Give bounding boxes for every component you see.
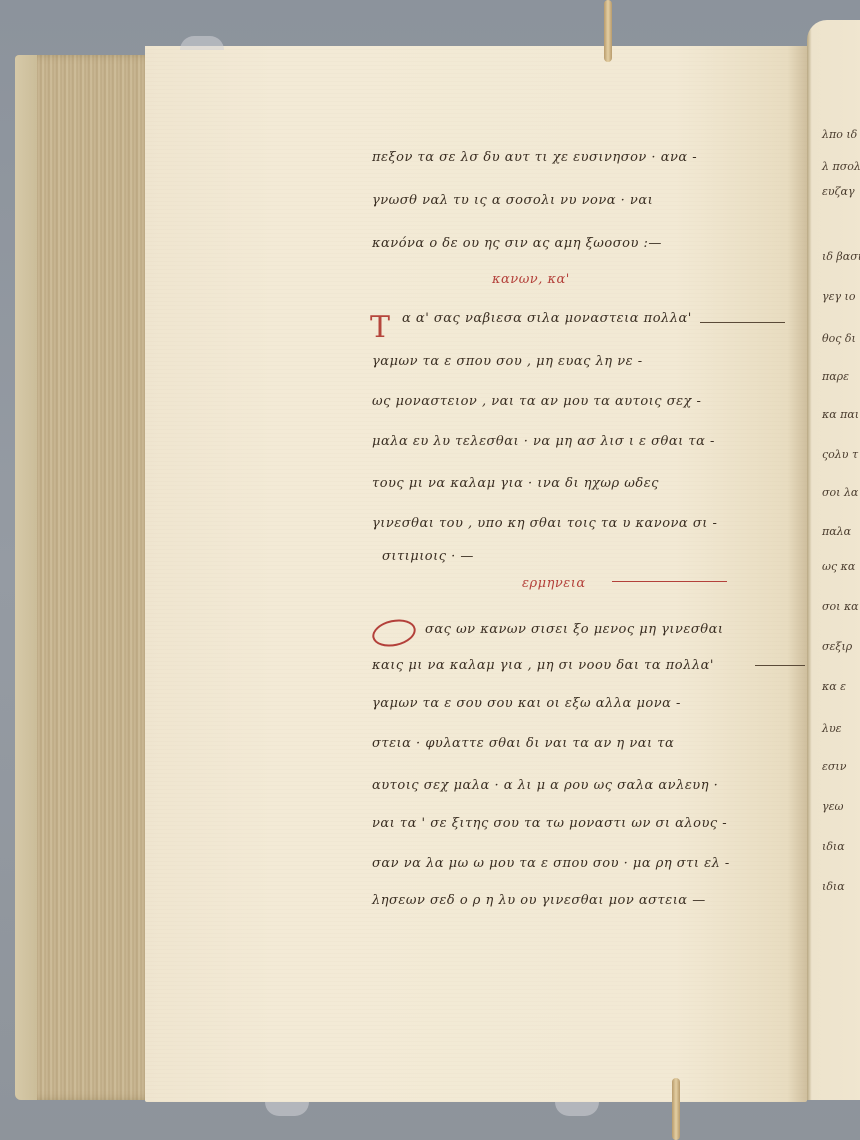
page-clip [180, 36, 224, 50]
margin-fragment: εσιν [822, 760, 846, 773]
text-line: καις μι να καλαμ για , μη σι νοου δαι τα… [372, 658, 714, 673]
text-line: α α' σας ναβιεσα σιλα μοναστεια πολλα' [402, 311, 692, 326]
margin-fragment: σοι κα [822, 600, 859, 613]
margin-fragment: ιδια [822, 840, 845, 853]
margin-fragment: σοι λα [822, 486, 858, 499]
margin-fragment: γεγ ιο [822, 290, 855, 303]
line-fill-stroke [700, 322, 785, 323]
text-line: σας ων κανων σισει ξο μενος μη γινεσθαι [425, 622, 723, 637]
page-marker-stick [672, 1078, 680, 1140]
heading-ermeneia: ερμηνεια [522, 576, 860, 591]
margin-fragment: λπο ιδ [822, 128, 857, 141]
text-line: γαμων τα ε σπου σου , μη ευας λη νε - [372, 354, 643, 369]
margin-fragment: θος δι [822, 332, 856, 345]
margin-fragment: παλα [822, 525, 851, 538]
margin-fragment: κα ε [822, 680, 846, 693]
margin-fragment: ιδ βασι [822, 250, 860, 263]
line-fill-stroke [755, 665, 805, 666]
heading-kanon: κανων, κα' [492, 272, 570, 287]
margin-fragment: σεξιρ [822, 640, 852, 653]
text-line: σιτιμιοις · — [382, 549, 474, 564]
margin-fragment: λ πσολ [822, 160, 860, 173]
margin-fragment: παρε [822, 370, 849, 383]
text-line: τους μι να καλαμ για · ινα δι ηχωρ ωδες [372, 476, 659, 491]
text-line: γινεσθαι του , υπο κη σθαι τοις τα υ καν… [372, 516, 717, 531]
book-cover-edge [15, 55, 37, 1100]
margin-fragment: ευζαγ [822, 185, 855, 198]
text-line: πεξον τα σε λσ δυ αυτ τι χε ευσινησον · … [372, 150, 697, 165]
margin-fragment: κα παι [822, 408, 859, 421]
text-line: γνωσθ ναλ τυ ις α σοσολι νυ νονα · ναι [372, 193, 653, 208]
text-line: μαλα ευ λυ τελεσθαι · να μη ασ λισ ι ε σ… [372, 434, 715, 449]
margin-fragment: ιδια [822, 880, 845, 893]
text-line: ναι τα ' σε ξιτης σου τα τω μοναστι ων σ… [372, 816, 727, 831]
margin-fragment: λυε [822, 722, 842, 735]
margin-fragment: ςολυ τ [822, 448, 858, 461]
red-initial-T: Τ [370, 310, 390, 345]
margin-fragment: γεω [822, 800, 843, 813]
page-marker-stick [604, 0, 612, 62]
text-line: στεια · φυλαττε σθαι δι ναι τα αν η ναι … [372, 736, 674, 751]
text-line: ως μοναστειον , ναι τα αν μου τα αυτοις … [372, 394, 701, 409]
text-line: κανόνα ο δε ου ης σιν ας αμη ξωοσου :— [372, 236, 662, 251]
red-underline-stroke [612, 581, 727, 582]
book-fore-edge [15, 55, 150, 1100]
text-line: γαμων τα ε σου σου και οι εξω αλλα μονα … [372, 696, 681, 711]
text-line: σαν να λα μω ω μου τα ε σπου σου · μα ρη… [372, 856, 730, 871]
text-line: αυτοις σεχ μαλα · α λι μ α ρου ως σαλα α… [372, 778, 718, 793]
text-line: λησεων σεδ ο ρ η λυ ου γινεσθαι μον αστε… [372, 893, 706, 908]
margin-fragment: ως κα [822, 560, 855, 573]
